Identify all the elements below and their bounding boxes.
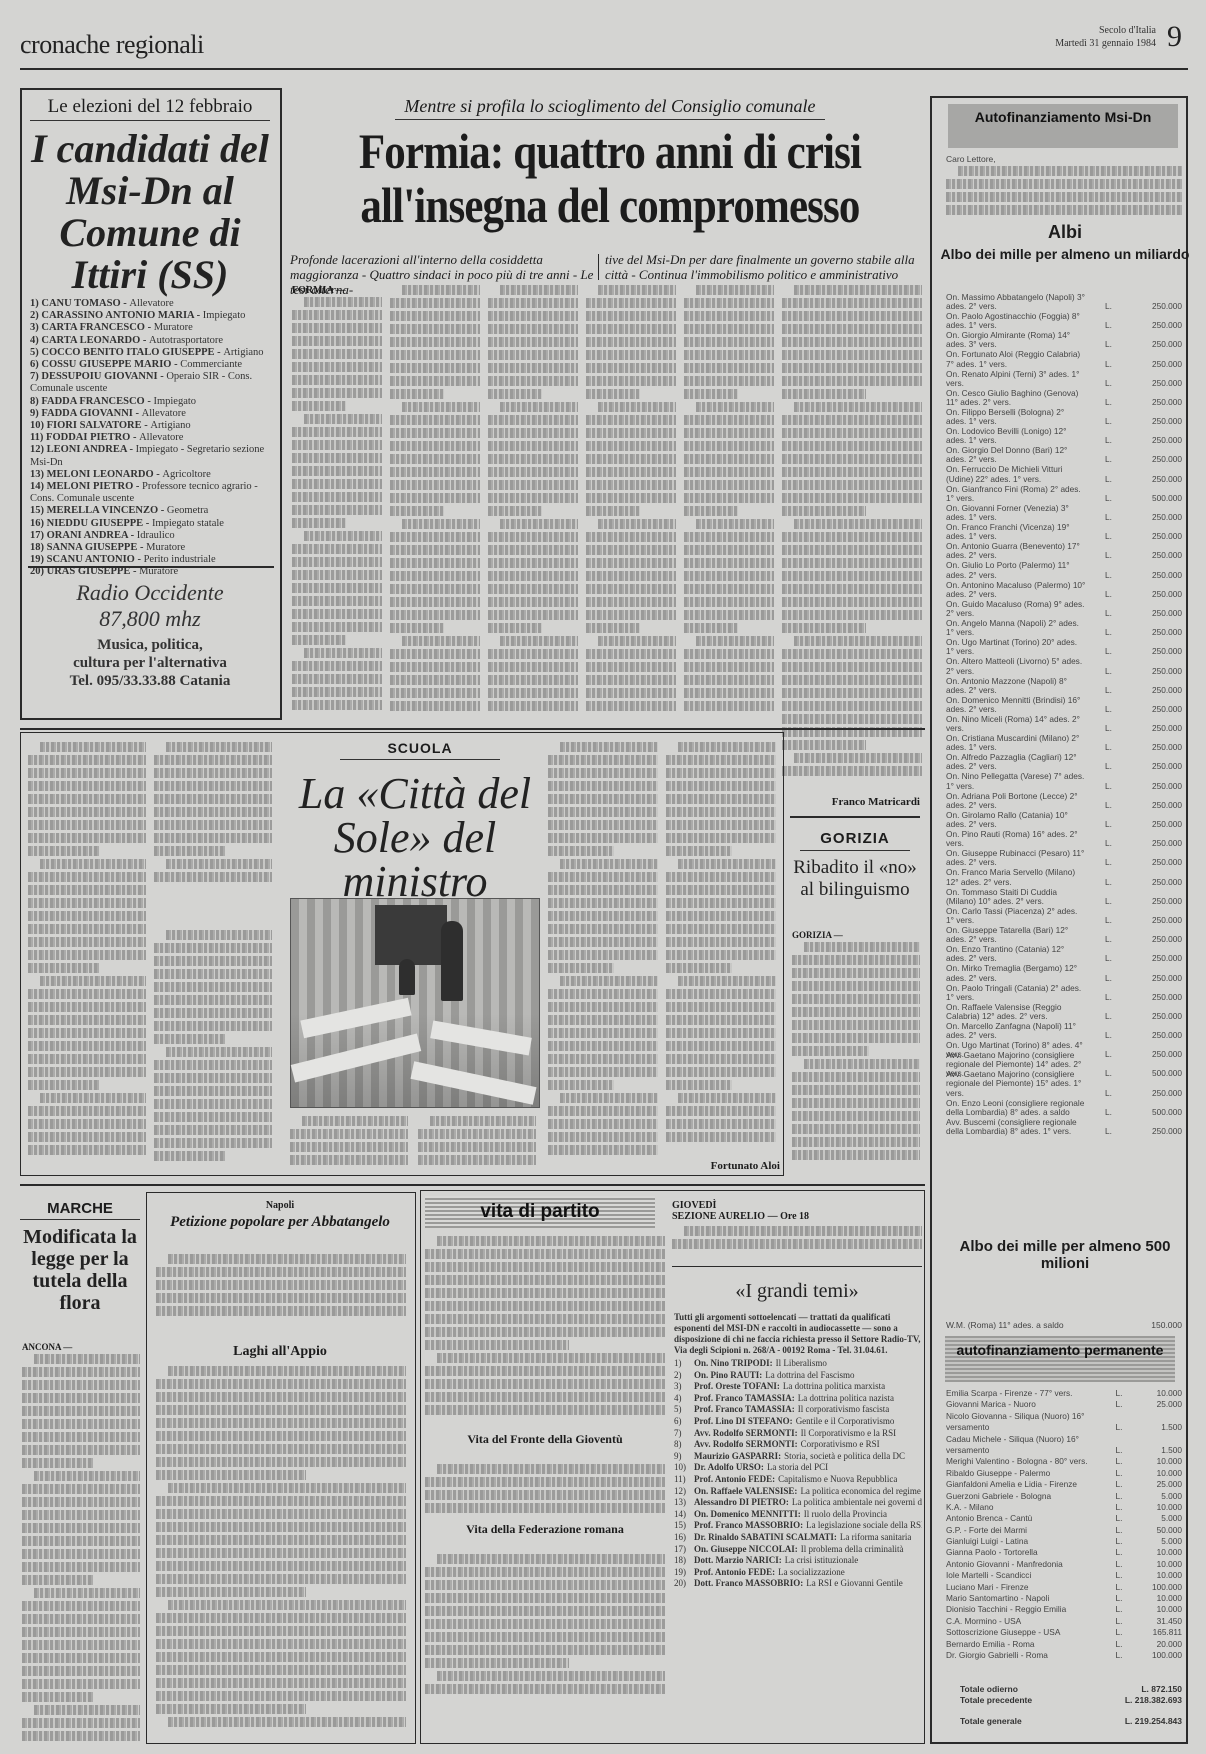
radio-tagline-1: Musica, politica,: [30, 636, 270, 654]
text-line: [22, 1510, 140, 1520]
text-line: [292, 505, 382, 515]
text-line: [666, 768, 776, 778]
text-line: [548, 1041, 658, 1051]
donor-row: Luciano Mari - FirenzeL.100.000: [946, 1582, 1182, 1593]
text-line: [678, 742, 776, 752]
currency: L.: [1105, 590, 1123, 599]
donor-row: On. Giorgio Del Donno (Bari) 12° ades. 2…: [946, 446, 1182, 465]
text-line: [488, 311, 578, 321]
total-label: Totale precedente: [960, 1695, 1032, 1706]
text-line: [154, 768, 272, 778]
text-line: [154, 1112, 272, 1122]
intro-salutation: Caro Lettore,: [946, 154, 996, 164]
text-line: [946, 179, 1182, 189]
text-line: [28, 937, 146, 947]
currency: L.: [1105, 858, 1123, 867]
text-line: [28, 1041, 146, 1051]
text-line: [598, 402, 676, 412]
text-line: [804, 942, 920, 952]
tema-topic: La riforma sanitaria: [840, 1532, 911, 1544]
donor-name: On. Ferruccio De Michieli Vitturi (Udine…: [946, 465, 1086, 483]
main-article-column-4: [586, 285, 676, 722]
text-line: [684, 324, 774, 334]
text-line: [488, 428, 578, 438]
tema-author: Prof. Franco MASSOBRIO:: [694, 1520, 803, 1532]
donor-row: On. Enzo Leoni (consigliere regionale de…: [946, 1098, 1182, 1117]
text-line: [666, 755, 776, 765]
bottom-section-rule: [20, 1184, 925, 1186]
text-line: [22, 1627, 140, 1637]
currency: L.: [1105, 705, 1123, 714]
text-line: [28, 989, 146, 999]
text-line: [488, 662, 578, 672]
donor-name: On. Altero Matteoli (Livorno) 5° ades. 2…: [946, 657, 1086, 675]
text-line: [666, 1080, 732, 1090]
text-line: [586, 701, 676, 711]
text-line: [548, 898, 658, 908]
text-line: [34, 1354, 140, 1364]
donor-amount: 250.000: [1142, 532, 1182, 541]
candidate-name: 18) SANNA GIUSEPPE -: [30, 542, 146, 553]
currency: L.: [1116, 1593, 1123, 1604]
giovedi-entry: SEZIONE AURELIO — Ore 18: [672, 1211, 922, 1222]
text-line: [488, 688, 578, 698]
text-line: [488, 376, 578, 386]
currency: L.: [1105, 1069, 1123, 1078]
gorizia-body: [792, 942, 920, 1174]
text-line: [156, 1418, 406, 1428]
text-line: [390, 493, 480, 503]
donor-row: On. Franco Maria Servello (Milano) 12° a…: [946, 868, 1182, 887]
text-line: [425, 1490, 665, 1500]
donor-name: Giovanni Marica - Nuoro: [946, 1399, 1106, 1410]
text-line: [598, 636, 676, 646]
candidate-name: 13) MELONI LEONARDO -: [30, 469, 162, 480]
text-line: [586, 428, 676, 438]
text-line: [425, 1593, 665, 1603]
grandi-temi-list: 1)On. Nino TRIPODI:Il Liberalismo2)On. P…: [674, 1358, 922, 1590]
text-line: [586, 389, 640, 399]
currency: L.: [1105, 935, 1123, 944]
text-line: [672, 1239, 922, 1249]
text-line: [425, 1567, 665, 1577]
donor-amount: 250.000: [1142, 724, 1182, 733]
total-amount: L. 872.150: [1141, 1684, 1182, 1695]
donor-amount: 250.000: [1142, 820, 1182, 829]
tema-number: 17): [674, 1544, 694, 1556]
text-line: [666, 833, 776, 843]
donor-row: G.P. - Forte dei MarmiL.50.000: [946, 1525, 1182, 1536]
donor-row: Dr. Giorgio Gabrielli - RomaL.100.000: [946, 1650, 1182, 1661]
text-line: [22, 1679, 140, 1689]
text-line: [390, 376, 480, 386]
text-line: [792, 1033, 920, 1043]
currency: L.: [1105, 609, 1123, 618]
donor-amount: 5.000: [1132, 1491, 1182, 1502]
donor-row: On. Tommaso Staiti Di Cuddia (Milano) 10…: [946, 887, 1182, 906]
donor-name: On. Renato Alpini (Terni) 3° ades. 1° ve…: [946, 370, 1086, 388]
tema-item: 16)Dr. Rinaldo SABATINI SCALMATI:La rifo…: [674, 1532, 922, 1544]
radio-frequency: 87,800 mhz: [30, 606, 270, 632]
text-line: [794, 753, 922, 763]
donor-amount: 250.000: [1142, 475, 1182, 484]
scuola-column-5: [548, 742, 658, 1167]
marche-dateline: ANCONA —: [22, 1342, 72, 1352]
laghi-body: [156, 1366, 406, 1738]
text-line: [390, 558, 480, 568]
text-line: [402, 402, 480, 412]
candidate-item: 19) SCANU ANTONIO - Perito industriale: [30, 554, 270, 566]
text-line: [156, 1535, 406, 1545]
federazione-body: [425, 1554, 665, 1704]
donor-amount: 5.000: [1132, 1536, 1182, 1547]
donor-amount: [1132, 1434, 1182, 1445]
text-line: [586, 649, 676, 659]
currency: L.: [1105, 724, 1123, 733]
text-line: [560, 976, 658, 986]
currency: L.: [1105, 417, 1123, 426]
donor-name: On. Enzo Leoni (consigliere regionale de…: [946, 1099, 1086, 1117]
donor-amount: 250.000: [1142, 360, 1182, 369]
donor-row: On. Enzo Trantino (Catania) 12° ades. 2°…: [946, 944, 1182, 963]
donor-amount: 500.000: [1142, 1069, 1182, 1078]
currency: L.: [1105, 494, 1123, 503]
text-line: [168, 1366, 406, 1376]
currency: L.: [1105, 302, 1123, 311]
text-line: [22, 1445, 140, 1455]
tema-number: 4): [674, 1393, 694, 1405]
text-line: [425, 1249, 665, 1259]
tema-number: 14): [674, 1509, 694, 1521]
text-line: [390, 467, 480, 477]
donor-row: On. Raffaele Valensise (Reggio Calabria)…: [946, 1002, 1182, 1021]
tema-topic: Il Corporativismo e la RSI: [801, 1428, 897, 1440]
donor-amount: 25.000: [1132, 1479, 1182, 1490]
candidate-item: 12) LEONI ANDREA - Impiegato - Segretari…: [30, 444, 270, 468]
donor-row: On. Cristiana Muscardini (Milano) 2° ade…: [946, 733, 1182, 752]
donor-row: Antonio Giovanni - ManfredoniaL.10.000: [946, 1559, 1182, 1570]
text-line: [586, 363, 676, 373]
donor-name: Gianluigi Luigi - Latina: [946, 1536, 1106, 1547]
gorizia-rule: [790, 816, 920, 818]
text-line: [390, 649, 480, 659]
elections-headline: I candidati del Msi-Dn al Comune di Itti…: [22, 128, 278, 296]
currency: L.: [1116, 1536, 1123, 1547]
donor-row: On. Paolo Tringali (Catania) 2° ades. 1°…: [946, 983, 1182, 1002]
text-line: [22, 1692, 93, 1702]
text-line: [168, 1600, 406, 1610]
currency: L.: [1105, 667, 1123, 676]
candidate-role: Allevatore: [139, 432, 183, 443]
donor-row: On. Paolo Agostinacchio (Foggia) 8° ades…: [946, 311, 1182, 330]
candidate-item: 4) CARTA LEONARDO - Autotrasportatore: [30, 335, 270, 347]
donor-amount: 10.000: [1132, 1593, 1182, 1604]
text-line: [782, 389, 866, 399]
text-line: [156, 1444, 406, 1454]
text-line: [684, 376, 774, 386]
text-line: [548, 885, 658, 895]
text-line: [782, 493, 922, 503]
text-line: [28, 1002, 146, 1012]
currency: L.: [1105, 1127, 1123, 1136]
radio-name: Radio Occidente: [30, 580, 270, 606]
text-line: [586, 467, 676, 477]
text-line: [804, 1059, 920, 1069]
donor-name: On. Cristiana Muscardini (Milano) 2° ade…: [946, 734, 1086, 752]
donor-row: Antonio Brenca - CantùL.5.000: [946, 1513, 1182, 1524]
tema-topic: Il problema della criminalità: [801, 1544, 904, 1556]
scuola-kicker: SCUOLA: [340, 740, 500, 760]
donor-amount: 250.000: [1142, 571, 1182, 580]
text-line: [684, 571, 774, 581]
text-line: [586, 311, 676, 321]
gorizia-kicker: GORIZIA: [800, 830, 910, 851]
tema-topic: Il ruolo della Provincia: [804, 1509, 887, 1521]
text-line: [684, 1226, 922, 1236]
tema-item: 13)Alessandro DI PIETRO:La politica ambi…: [674, 1497, 922, 1509]
candidate-name: 5) COCCO BENITO ITALO GIUSEPPE -: [30, 347, 223, 358]
tema-item: 12)On. Raffaele VALENSISE:La politica ec…: [674, 1486, 922, 1498]
donor-name: Avv. Gaetano Majorino (consigliere regio…: [946, 1070, 1086, 1098]
currency: L.: [1105, 954, 1123, 963]
text-line: [666, 1054, 776, 1064]
candidate-name: 4) CARTA LEONARDO -: [30, 335, 149, 346]
main-article-dateline: FORMIA —: [292, 285, 346, 296]
text-line: [425, 1503, 665, 1513]
text-line: [425, 1684, 665, 1694]
text-line: [292, 427, 382, 437]
donor-name: On. Adriana Poli Bortone (Lecce) 2° ades…: [946, 792, 1086, 810]
text-line: [40, 976, 146, 986]
text-line: [666, 1119, 776, 1129]
text-line: [34, 1588, 140, 1598]
text-line: [22, 1718, 140, 1728]
text-line: [666, 1015, 776, 1025]
blackboard: [375, 905, 447, 965]
text-line: [684, 363, 774, 373]
tema-topic: La RSI e Giovanni Gentile: [806, 1578, 902, 1590]
candidate-name: 14) MELONI PIETRO -: [30, 481, 142, 492]
text-line: [292, 583, 382, 593]
text-line: [28, 781, 146, 791]
text-line: [28, 1028, 146, 1038]
text-line: [488, 558, 578, 568]
text-line: [792, 1046, 869, 1056]
radio-ad-body: Musica, politica, cultura per l'alternat…: [30, 636, 270, 690]
donor-name: On. Antonino Macaluso (Palermo) 10° ades…: [946, 581, 1086, 599]
main-article-column-5: [684, 285, 774, 722]
donor-row: On. Franco Franchi (Vicenza) 19° ades. 1…: [946, 522, 1182, 541]
donor-name: On. Massimo Abbatangelo (Napoli) 3° ades…: [946, 293, 1086, 311]
scuola-column-1: [28, 742, 146, 1167]
text-line: [22, 1549, 140, 1559]
tema-topic: Il corporativismo fascista: [798, 1404, 889, 1416]
donor-name: On. Antonio Guarra (Benevento) 17° ades.…: [946, 542, 1086, 560]
donor-name: Gianfaldoni Amelia e Lidia - Firenze: [946, 1479, 1106, 1490]
donor-list: On. Massimo Abbatangelo (Napoli) 3° ades…: [946, 292, 1182, 1136]
text-line: [548, 1015, 658, 1025]
napoli-location: Napoli: [150, 1200, 410, 1211]
text-line: [156, 1457, 406, 1467]
donor-row: On. Giorgio Almirante (Roma) 14° ades. 3…: [946, 330, 1182, 349]
donor-row: On. Cesco Giulio Baghino (Genova) 11° ad…: [946, 388, 1182, 407]
tema-number: 10): [674, 1462, 694, 1474]
text-line: [586, 597, 676, 607]
text-line: [586, 324, 676, 334]
donor-row: Giovanni Marica - NuoroL.25.000: [946, 1399, 1182, 1410]
donor-name: On. Giuseppe Tatarella (Bari) 12° ades. …: [946, 926, 1086, 944]
currency: L.: [1116, 1604, 1123, 1615]
text-line: [782, 415, 922, 425]
main-article-column-1: [292, 297, 382, 722]
text-line: [684, 688, 774, 698]
text-line: [684, 350, 774, 360]
text-line: [548, 1002, 658, 1012]
donor-name: On. Giovanni Forner (Venezia) 3° ades. 1…: [946, 504, 1086, 522]
tema-topic: La dottrina politica nazista: [798, 1393, 894, 1405]
text-line: [425, 1379, 665, 1389]
tema-author: Dott. Marzio NARICI:: [694, 1555, 782, 1567]
text-line: [437, 1353, 665, 1363]
text-line: [792, 981, 920, 991]
desk: [430, 1020, 532, 1055]
text-line: [488, 701, 578, 711]
scuola-column-3: [290, 1116, 408, 1168]
text-line: [28, 1067, 146, 1077]
text-line: [402, 285, 480, 295]
donor-name: On. Enzo Trantino (Catania) 12° ades. 2°…: [946, 945, 1086, 963]
text-line: [684, 467, 774, 477]
section-rule: [20, 728, 925, 730]
scuola-column-2: [154, 742, 272, 897]
donor-name: Avv. Buscemi (consigliere regionale dell…: [946, 1118, 1086, 1136]
text-line: [28, 768, 146, 778]
text-line: [684, 532, 774, 542]
donor-name: On. Giulio Lo Porto (Palermo) 11° ades. …: [946, 561, 1086, 579]
text-line: [22, 1536, 140, 1546]
donor-amount: 250.000: [1142, 609, 1182, 618]
main-article-summary-right: tive del Msi-Dn per dare finalmente un g…: [605, 252, 925, 282]
donor-row: On. Ugo Martinat (Torino) 20° ades. 1° v…: [946, 637, 1182, 656]
text-line: [304, 648, 382, 658]
main-article-headline: Formia: quattro anni di crisi all'insegn…: [343, 124, 876, 232]
candidate-role: Agricoltore: [162, 469, 210, 480]
text-line: [22, 1653, 140, 1663]
text-line: [684, 701, 774, 711]
tema-topic: La legislazione sociale della RSI: [806, 1520, 922, 1532]
tema-author: Avv. Rodolfo SERMONTI:: [694, 1439, 798, 1451]
text-line: [548, 781, 658, 791]
donor-amount: 10.000: [1132, 1559, 1182, 1570]
text-line: [684, 545, 774, 555]
text-line: [425, 1327, 665, 1337]
text-line: [40, 859, 146, 869]
tema-item: 18)Dott. Marzio NARICI:La crisi istituzi…: [674, 1555, 922, 1567]
grandi-temi-title: «I grandi temi»: [672, 1280, 922, 1303]
text-line: [22, 1393, 140, 1403]
permanente-title: autofinanziamento permanente: [945, 1336, 1175, 1382]
donor-amount: 250.000: [1142, 302, 1182, 311]
currency: L.: [1105, 897, 1123, 906]
tema-item: 19)Prof. Antonio FEDE:La socializzazione: [674, 1567, 922, 1579]
text-line: [292, 622, 382, 632]
donor-name: On. Alfredo Pazzaglia (Cagliari) 12° ade…: [946, 753, 1086, 771]
tema-author: Dott. Franco MASSOBRIO:: [694, 1578, 803, 1590]
text-line: [782, 298, 922, 308]
text-line: [548, 755, 658, 765]
currency: L.: [1116, 1547, 1123, 1558]
text-line: [292, 349, 382, 359]
temi-rule: [672, 1266, 922, 1267]
tema-number: 6): [674, 1416, 694, 1428]
tema-topic: Gentile e il Corporativismo: [796, 1416, 895, 1428]
donor-amount: 1.500: [1132, 1445, 1182, 1456]
text-line: [22, 1367, 140, 1377]
text-line: [168, 1717, 406, 1727]
total-row: Totale generaleL. 219.254.843: [960, 1716, 1182, 1727]
tema-author: On. Giuseppe NICCOLAI:: [694, 1544, 798, 1556]
text-line: [782, 363, 922, 373]
napoli-headline: Petizione popolare per Abbatangelo: [150, 1214, 410, 1231]
donor-name: versamento: [946, 1422, 1106, 1433]
donor-row: Avv. Buscemi (consigliere regionale dell…: [946, 1117, 1182, 1136]
currency: L.: [1105, 1108, 1123, 1117]
masthead-meta: Secolo d'Italia Martedì 31 gennaio 1984: [1055, 24, 1156, 50]
text-line: [792, 1098, 920, 1108]
donor-row: On. Marcello Zanfagna (Napoli) 11° ades.…: [946, 1021, 1182, 1040]
candidate-name: 1) CANU TOMASO -: [30, 298, 129, 309]
donor-amount: 100.000: [1132, 1650, 1182, 1661]
currency: L.: [1105, 762, 1123, 771]
tema-author: On. Pino RAUTI:: [694, 1370, 762, 1382]
text-line: [22, 1432, 140, 1442]
text-line: [156, 1509, 406, 1519]
text-line: [292, 492, 382, 502]
text-line: [390, 506, 444, 516]
text-line: [792, 1124, 920, 1134]
desk: [410, 1061, 536, 1105]
text-line: [22, 1614, 140, 1624]
text-line: [548, 950, 658, 960]
main-article-column-2: [390, 285, 480, 722]
donor-name: C.A. Mormino - USA: [946, 1616, 1106, 1627]
donor-row: On. Guido Macaluso (Roma) 9° ades. 2° ve…: [946, 599, 1182, 618]
text-line: [782, 480, 922, 490]
text-line: [166, 859, 272, 869]
text-line: [666, 781, 776, 791]
text-line: [586, 584, 676, 594]
text-line: [292, 310, 382, 320]
text-line: [154, 995, 272, 1005]
candidate-name: 15) MERELLA VINCENZO -: [30, 505, 167, 516]
donor-amount: 250.000: [1142, 417, 1182, 426]
text-line: [666, 885, 776, 895]
donor-name: Dionisio Tacchini - Reggio Emilia: [946, 1604, 1106, 1615]
text-line: [500, 519, 578, 529]
text-line: [156, 1496, 406, 1506]
radio-tagline-2: cultura per l'alternativa: [30, 654, 270, 672]
text-line: [792, 1007, 920, 1017]
donor-amount: 1.500: [1132, 1422, 1182, 1433]
currency: L.: [1105, 916, 1123, 925]
currency: L.: [1116, 1456, 1123, 1467]
text-line: [488, 675, 578, 685]
donor-amount: 250.000: [1142, 993, 1182, 1002]
text-line: [548, 768, 658, 778]
text-line: [782, 454, 922, 464]
donor-name: On. Nino Miceli (Roma) 14° ades. 2° vers…: [946, 715, 1086, 733]
text-line: [425, 1301, 665, 1311]
